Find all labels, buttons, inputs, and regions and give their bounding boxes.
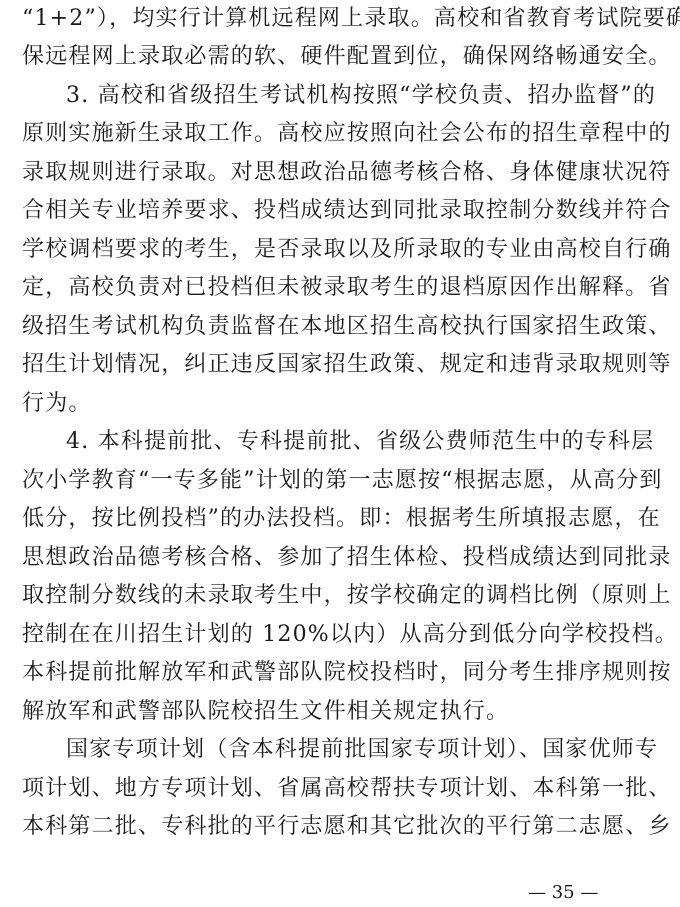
text-line: 学校调档要求的考生，是否录取以及所录取的专业由高校自行确 (22, 231, 672, 269)
text-line: 原则实施新生录取工作。高校应按照向社会公布的招生章程中的 (22, 115, 672, 153)
text-line: 次小学教育“一专多能”计划的第一志愿按“根据志愿，从高分到 (22, 462, 663, 500)
text-line: 控制在在川招生计划的 120%以内）从高分到低分向学校投档。 (22, 616, 678, 654)
paragraph-3-start: 3. 高校和省级招生考试机构按照“学校负责、招办监督”的 (22, 77, 656, 115)
text-line: 级招生考试机构负责监督在本地区招生高校执行国家招生政策、 (22, 308, 672, 346)
text-line: 项计划、地方专项计划、省属高校帮扶专项计划、本科第一批、 (22, 770, 672, 808)
text-line: 解放军和武警部队院校招生文件相关规定执行。 (22, 693, 509, 731)
text-line: 招生计划情况，纠正违反国家招生政策、规定和违背录取规则等 (22, 346, 672, 384)
text-line: 保远程网上录取必需的软、硬件配置到位，确保网络畅通安全。 (22, 38, 672, 76)
text-line: 思想政治品德考核合格、参加了招生体检、投档成绩达到同批录 (22, 539, 672, 577)
text-line: 本科第二批、专科批的平行志愿和其它批次的平行第二志愿、乡 (22, 808, 672, 846)
text-line: 取控制分数线的未录取考生中，按学校确定的调档比例（原则上 (22, 577, 672, 615)
text-line: 定，高校负责对已投档但未被录取考生的退档原因作出解释。省 (22, 269, 672, 307)
page-number: — 35 — (528, 880, 598, 906)
text-line: 行为。 (22, 385, 92, 423)
text-line: 合相关专业培养要求、投档成绩达到同批录取控制分数线并符合 (22, 192, 672, 230)
text-line: 本科提前批解放军和武警部队院校投档时，同分考生排序规则按 (22, 654, 672, 692)
paragraph-special-plan-start: 国家专项计划（含本科提前批国家专项计划）、国家优师专 (22, 731, 658, 769)
text-line: 录取规则进行录取。对思想政治品德考核合格、身体健康状况符 (22, 154, 672, 192)
paragraph-4-start: 4. 本科提前批、专科提前批、省级公费师范生中的专科层 (22, 423, 654, 461)
text-line: “1+2”），均实行计算机远程网上录取。高校和省教育考试院要确 (22, 0, 680, 38)
text-line: 低分，按比例投档”的办法投档。即：根据考生所填报志愿，在 (22, 500, 661, 538)
